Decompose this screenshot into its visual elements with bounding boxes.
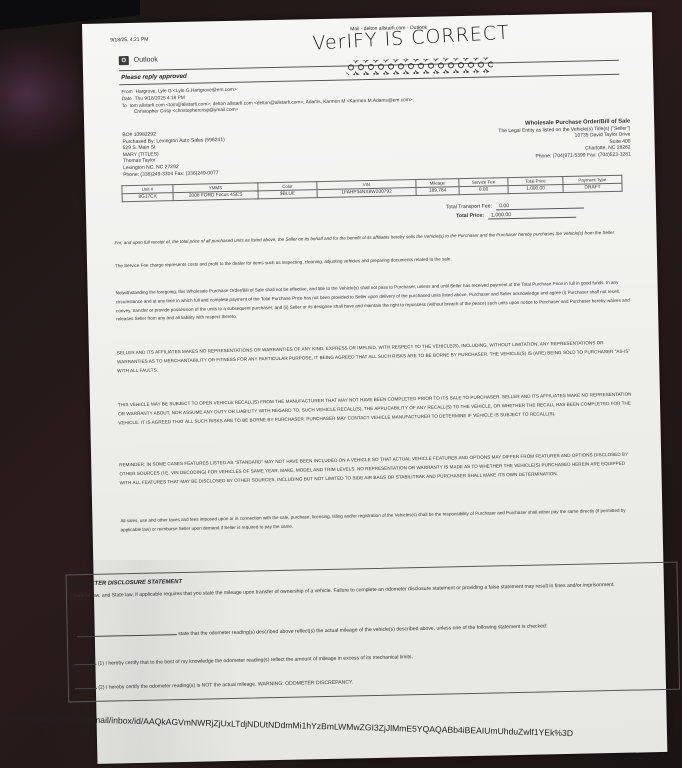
taxes-paragraph: All sales, use and other taxes and fees …: [120, 506, 638, 534]
buyer-phone: Phone: (336)249-3304 Fax: (336)249-0077: [123, 170, 225, 179]
odometer-option-2: (2) I hereby certify the odometer readin…: [75, 671, 671, 693]
option-2-checkbox-blank[interactable]: [75, 688, 97, 689]
outlook-icon: O: [119, 56, 129, 65]
total-price: Total Price:1,000.00: [456, 211, 576, 221]
email-date: DateThu 9/18/2025 4:18 PM: [122, 96, 185, 102]
email-from: FromHargrove, Lyle G <Lyle.G.Hartgrove@e…: [121, 88, 236, 95]
table-cell: 8G17CX: [122, 193, 173, 202]
reminder-paragraph: REMINDER: IN SOME CASES FEATURES LISTED …: [119, 450, 637, 487]
odometer-title: ODOMETER DISCLOSURE STATEMENT: [73, 579, 182, 587]
terms-paragraph: For, and upon full receipt of, the total…: [115, 229, 633, 249]
terms-paragraph: The Service Fee charge represents costs …: [115, 252, 633, 272]
odometer-disclosure-box: ODOMETER DISCLOSURE STATEMENT Federal la…: [66, 562, 681, 703]
terms-paragraph: SELLER AND ITS AFFILIATES MAKES NO REPRE…: [117, 338, 635, 375]
seller-phone: Phone: (704)971-5399 Fax: (704)523-3281: [499, 152, 631, 161]
vehicle-table: Unit #YMMSColorVINMileageService FeeTota…: [121, 175, 622, 202]
table-cell: 0.00: [459, 186, 508, 195]
printed-datetime: 9/18/25, 4:21 PM: [110, 37, 148, 44]
table-cell: 189,784: [416, 187, 459, 196]
divider: [119, 74, 619, 85]
terms-paragraph: Notwithstanding the foregoing, this Whol…: [116, 279, 635, 325]
app-name: Outlook: [134, 56, 158, 64]
table-cell: 1FAHP34NX8W200792: [317, 188, 416, 198]
printed-document: 9/18/25, 4:21 PM Mail - delton allstarfi…: [82, 12, 667, 764]
email-to-continued: Christopher Crisp <christophercrisp@ymai…: [134, 108, 239, 115]
redacted-scribble: [345, 57, 493, 75]
recall-paragraph: THIS VEHICLE MAY BE SUBJECT TO OPEN VEHI…: [118, 390, 636, 427]
name-blank[interactable]: [77, 634, 177, 637]
total-transport-fee: Total Transport Fee:0.00: [446, 202, 584, 212]
seller-block: Wholesale Purchase Order/Bill of Sale Th…: [498, 119, 631, 161]
background-glare: [0, 40, 90, 150]
odometer-option-1: (1) I hereby certify that to the best of…: [74, 647, 670, 669]
table-cell: $BLUE: [258, 190, 317, 199]
table-cell: DRAFT: [563, 183, 622, 192]
table-cell: 2008 FORD Focus 4SES: [173, 191, 258, 201]
odometer-statement: I, state that the odometer reading(s) de…: [74, 619, 670, 641]
handwritten-note: VerIFY IS CORRECT: [312, 22, 510, 55]
option-1-checkbox-blank[interactable]: [74, 664, 96, 665]
buyer-block: BO# 10982292 Purchased By: Lexington Aut…: [122, 130, 225, 178]
outlook-brand: O Outlook: [119, 55, 158, 65]
email-subject: Please reply approved: [121, 73, 187, 81]
table-cell: 1,000.00: [508, 184, 563, 193]
